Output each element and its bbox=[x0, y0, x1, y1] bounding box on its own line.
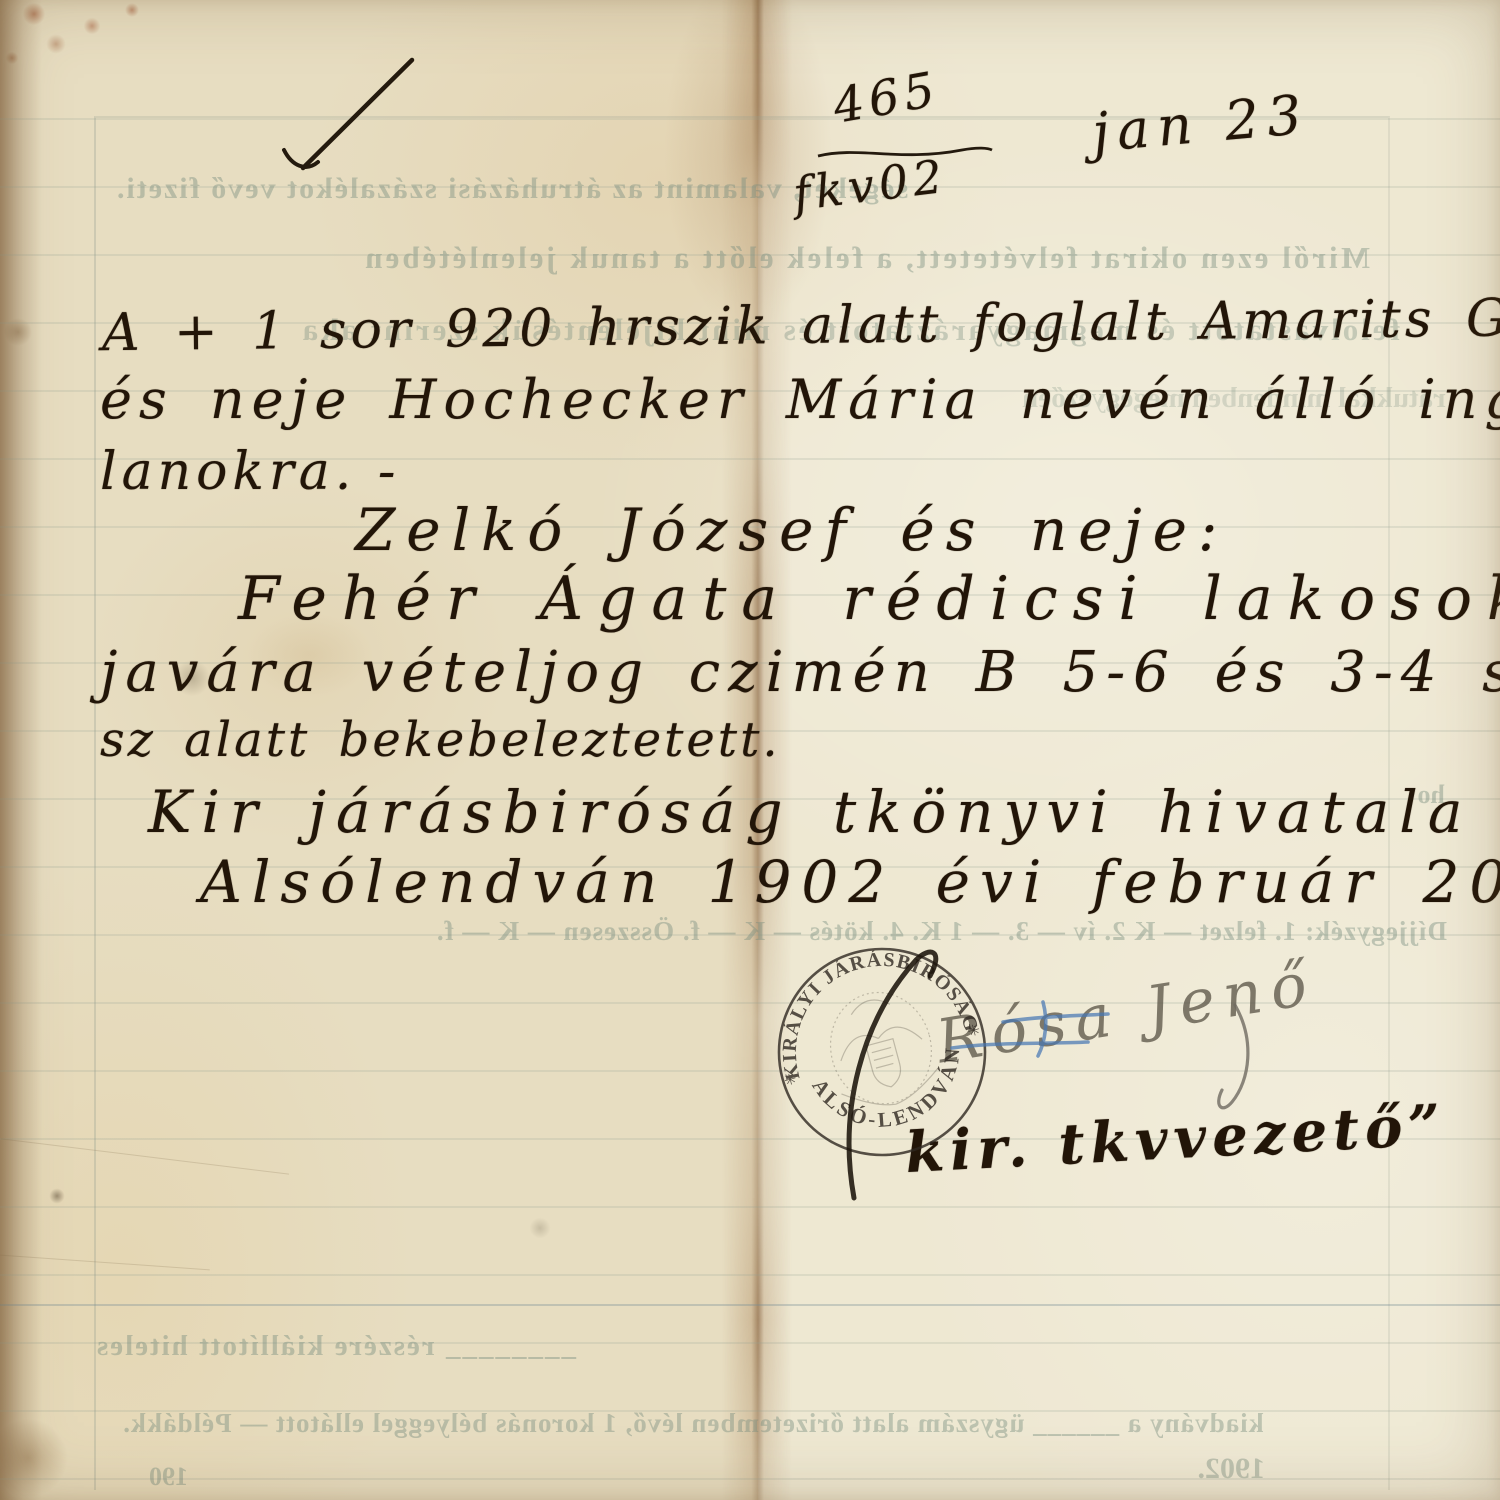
blue-pencil-marks bbox=[952, 1002, 1108, 1056]
corner-mark-stroke bbox=[284, 60, 412, 168]
docket-underline-stroke bbox=[818, 148, 992, 156]
pencil-flourish-stroke bbox=[1219, 1005, 1248, 1108]
scanned-document-page: ségeket, valamint az átruházási százalék… bbox=[0, 0, 1500, 1500]
ink-strokes-overlay bbox=[0, 0, 1500, 1500]
signature-flourish-stroke bbox=[849, 952, 936, 1198]
